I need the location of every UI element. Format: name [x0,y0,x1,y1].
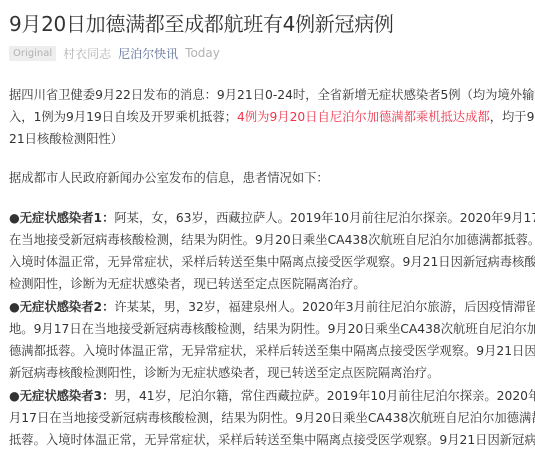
text-line: 检测阳性，诊断为无症状感染者，现已转送至定点医院隔离治疗。 [9,273,535,295]
author-name: 村衣同志 [63,45,111,62]
text-line: ●无症状感染者1：阿某，女，63岁，西藏拉萨人。2019年10月前往尼泊尔探亲。… [9,207,535,229]
original-badge: Original [9,46,56,61]
case-label: ●无症状感染者1： [9,211,114,225]
publish-date: Today [185,46,220,60]
text-segment: 许某某，男，32岁，福建泉州人。2020年3月前往尼泊尔旅游，后因疫情滞留当 [114,300,535,314]
text-line: ●无症状感染者3：男，41岁，尼泊尔籍，常住西藏拉萨。2019年10月前往尼泊尔… [9,385,535,407]
case-1: ●无症状感染者1：阿某，女，63岁，西藏拉萨人。2019年10月前往尼泊尔探亲。… [9,207,535,295]
text-line: 月17日在当地接受新冠病毒核酸检测，结果为阴性。9月20日乘坐CA438次航班自… [9,407,535,429]
highlighted-text: 4例为9月20日自尼泊尔加德满都乘机抵达成都 [237,110,490,124]
paragraph-source-chengdu: 据成都市人民政府新闻办公室发布的信息，患者情况如下： [9,167,329,189]
article-meta: Original 村衣同志 尼泊尔快讯 Today [9,44,220,62]
case-label: ●无症状感染者3： [9,389,114,403]
case-label: ●无症状感染者2： [9,300,114,314]
text-line: 抵蓉。入境时体温正常，无异常症状，采样后转送至集中隔离点接受医学观察。9月21日… [9,429,535,449]
text-line: 在当地接受新冠病毒核酸检测，结果为阴性。9月20日乘坐CA438次航班自尼泊尔加… [9,229,535,251]
case-3: ●无症状感染者3：男，41岁，尼泊尔籍，常住西藏拉萨。2019年10月前往尼泊尔… [9,385,535,449]
article-title: 9月20日加德满都至成都航班有4例新冠病例 [9,11,394,37]
text-line: ●无症状感染者2：许某某，男，32岁，福建泉州人。2020年3月前往尼泊尔旅游，… [9,296,535,318]
text-line: 入境时体温正常，无异常症状，采样后转送至集中隔离点接受医学观察。9月21日因新冠… [9,251,535,273]
paragraph-source-sichuan: 据四川省卫健委9月22日发布的消息：9月21日0-24时，全省新增无症状感染者5… [9,84,535,150]
text-line: 新冠病毒核酸检测阳性，诊断为无症状感染者，现已转送至定点医院隔离治疗。 [9,362,535,384]
text-line: 入，1例为9月19日自埃及开罗乘机抵蓉；4例为9月20日自尼泊尔加德满都乘机抵达… [9,106,535,128]
text-segment: 男，41岁，尼泊尔籍，常住西藏拉萨。2019年10月前往尼泊尔探亲。2020年9 [114,389,535,403]
text-line: 据成都市人民政府新闻办公室发布的信息，患者情况如下： [9,167,329,189]
text-line: 据四川省卫健委9月22日发布的消息：9月21日0-24时，全省新增无症状感染者5… [9,84,535,106]
text-segment: 阿某，女，63岁，西藏拉萨人。2019年10月前往尼泊尔探亲。2020年9月17… [114,211,535,225]
text-line: 地。9月17日在当地接受新冠病毒核酸检测，结果为阴性。9月20日乘坐CA438次… [9,318,535,340]
text-segment: ，均于9月 [490,110,535,124]
case-2: ●无症状感染者2：许某某，男，32岁，福建泉州人。2020年3月前往尼泊尔旅游，… [9,296,535,384]
text-line: 德满都抵蓉。入境时体温正常，无异常症状，采样后转送至集中隔离点接受医学观察。9月… [9,340,535,362]
text-line: 21日核酸检测阳性） [9,128,535,150]
text-segment: 入，1例为9月19日自埃及开罗乘机抵蓉； [9,110,237,124]
account-link[interactable]: 尼泊尔快讯 [118,45,178,62]
